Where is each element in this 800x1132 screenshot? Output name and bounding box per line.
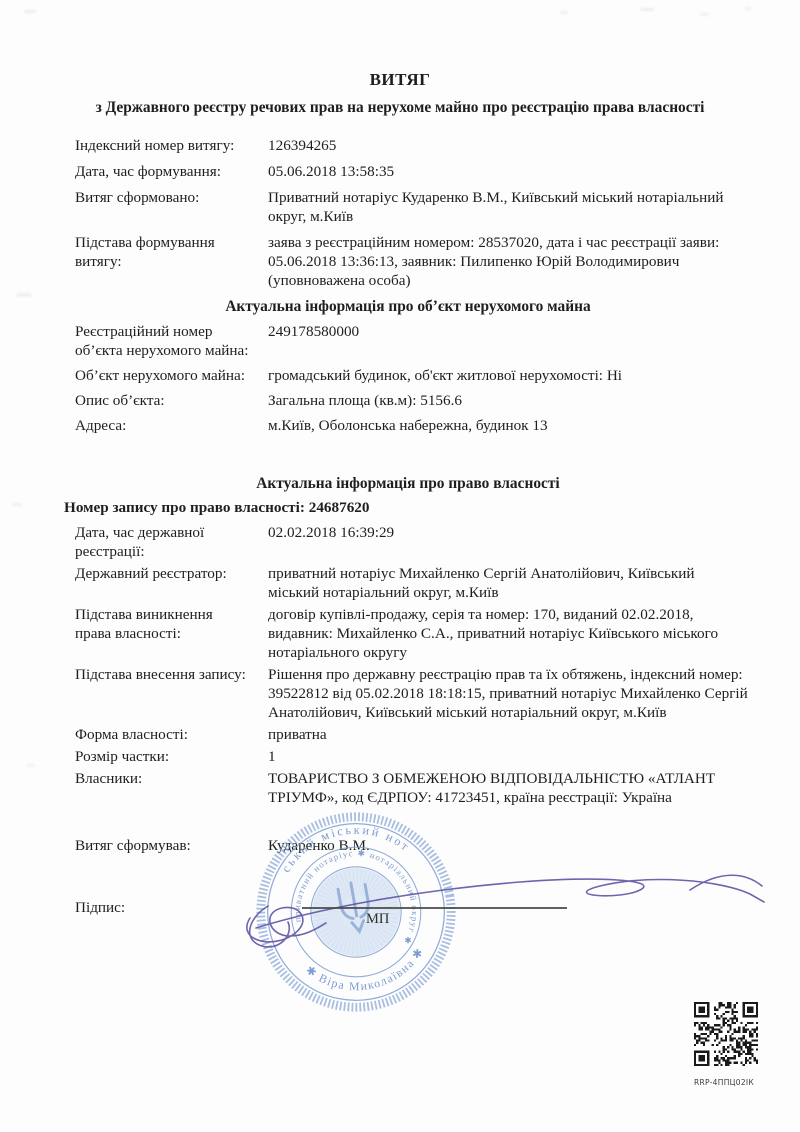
field-label: Дата, час формування: [66, 162, 268, 181]
field-label: Власники: [66, 769, 268, 807]
field-label: Підстава формування витягу: [66, 233, 268, 290]
scan-speck [640, 8, 654, 11]
document-page: { "doc": { "title": "ВИТЯГ", "subtitle":… [0, 0, 800, 1132]
field-value: 126394265 [268, 136, 750, 155]
field-label: Дата, час державної реєстрації: [66, 523, 268, 561]
field-label: Опис об’єкта: [66, 391, 268, 410]
field-label: Витяг сформовано: [66, 188, 268, 226]
object-fields: Реєстраційний номер об’єкта нерухомого м… [66, 322, 750, 435]
field-value: 05.06.2018 13:58:35 [268, 162, 750, 181]
ownership-fields: Дата, час державної реєстрації: 02.02.20… [66, 523, 750, 807]
qr-code-label: RRP-4ППЦ02ІК [694, 1073, 764, 1092]
field-value: заява з реєстраційним номером: 28537020,… [268, 233, 750, 290]
ownership-record-number: Номер запису про право власності: 246876… [64, 498, 764, 517]
field-label: Підстава виникнення права власності: [66, 605, 268, 662]
field-label: Форма власності: [66, 725, 268, 744]
signature-area: Витяг сформував: Кударенко В.М. Підпис: … [0, 820, 800, 1100]
scan-speck [744, 7, 751, 10]
signature-tail [690, 875, 762, 890]
notary-stamp: ський міський нот ✱ Віра Миколаївна ✱ пр… [233, 789, 479, 1035]
field-value: Рішення про державну реєстрацію прав та … [268, 665, 750, 722]
field-label: Індексний номер витягу: [66, 136, 268, 155]
seal-mark-mp: МП [366, 910, 389, 929]
section-heading-object: Актуальна інформація про об’єкт нерухомо… [66, 297, 750, 316]
field-value: громадський будинок, об'єкт житлової нер… [268, 366, 750, 385]
field-value: приватна [268, 725, 750, 744]
formed-by-label: Витяг сформував: [75, 836, 191, 855]
scan-speck [560, 11, 568, 14]
field-label: Державний реєстратор: [66, 564, 268, 602]
scan-speck [700, 13, 709, 16]
document-subtitle: з Державного реєстру речових прав на нер… [0, 98, 800, 117]
field-value: Загальна площа (кв.м): 5156.6 [268, 391, 750, 410]
field-label: Об’єкт нерухомого майна: [66, 366, 268, 385]
field-label: Реєстраційний номер об’єкта нерухомого м… [66, 322, 268, 360]
qr-block: RRP-4ППЦ02ІК [694, 1002, 764, 1092]
field-value: ТОВАРИСТВО З ОБМЕЖЕНОЮ ВІДПОВІДАЛЬНІСТЮ … [268, 769, 750, 807]
field-value: м.Київ, Оболонська набережна, будинок 13 [268, 416, 750, 435]
field-value: договір купівлі-продажу, серія та номер:… [268, 605, 750, 662]
scan-speck [16, 293, 32, 297]
section-heading-ownership: Актуальна інформація про право власності [66, 474, 750, 493]
signature-label: Підпис: [75, 898, 125, 917]
field-value: 1 [268, 747, 750, 766]
field-value: 249178580000 [268, 322, 750, 360]
field-label: Підстава внесення запису: [66, 665, 268, 722]
scan-speck [26, 764, 35, 767]
field-label: Адреса: [66, 416, 268, 435]
document-title: ВИТЯГ [0, 70, 800, 89]
qr-code [694, 1002, 758, 1066]
field-value: Приватний нотаріус Кударенко В.М., Київс… [268, 188, 750, 226]
scan-speck [12, 503, 22, 506]
notary-stamp-seal: ський міський нот ✱ Віра Миколаївна ✱ пр… [233, 789, 479, 1035]
field-value: приватний нотаріус Михайленко Сергій Ана… [268, 564, 750, 602]
scan-speck [24, 10, 36, 13]
field-label: Розмір частки: [66, 747, 268, 766]
field-value: 02.02.2018 16:39:29 [268, 523, 750, 561]
header-fields: Індексний номер витягу: 126394265 Дата, … [66, 136, 750, 290]
